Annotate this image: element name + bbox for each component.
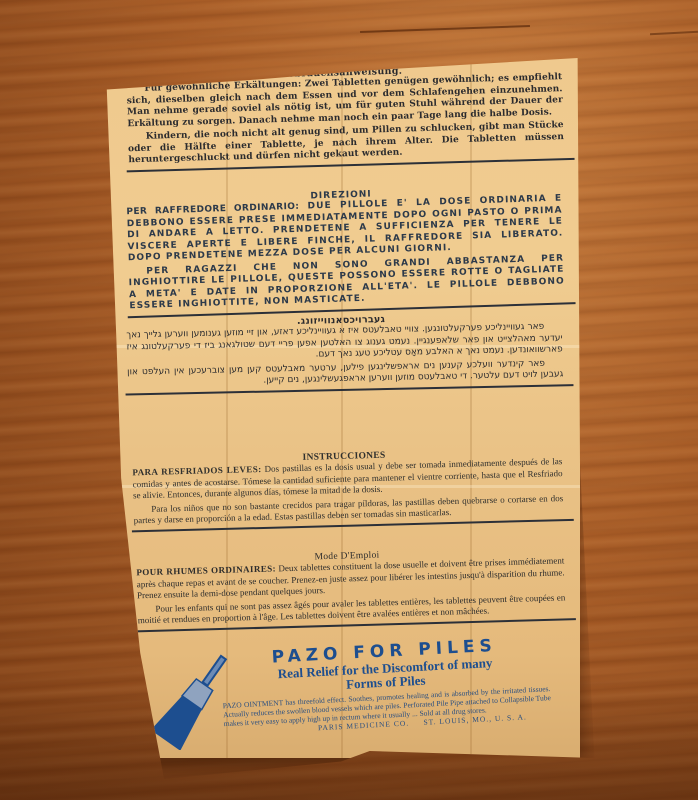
pazo-advertisement: PAZO FOR PILES Real Relief for the Disco… bbox=[102, 644, 580, 764]
section-french: Mode D'Emploi POUR RHUMES ORDINAIRES: De… bbox=[112, 545, 584, 636]
section-yiddish: געברויכסאנווייזונג. פאר געוויינליכע פערק… bbox=[102, 310, 582, 398]
instruction-leaflet: Gebrauchsanweisung. Für gewöhnliche Erkä… bbox=[102, 58, 580, 758]
section-italian: DIREZIONI PER RAFFREDORE ORDINARIO: Due … bbox=[102, 183, 584, 321]
section-spanish: INSTRUCCIONES PARA RESFRIADOS LEVES: Dos… bbox=[108, 446, 582, 536]
